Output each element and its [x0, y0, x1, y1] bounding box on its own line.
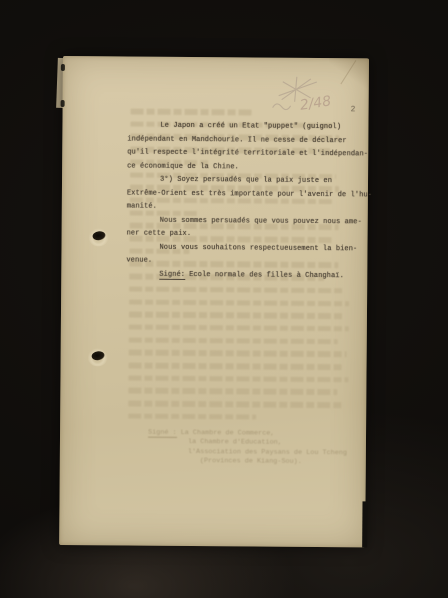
bleedthrough-line [129, 299, 349, 306]
typed-line: Nous sommes persuadés que vous pouvez no… [160, 216, 362, 227]
document-page: Le Japon a créé un Etat "puppet" (guigno… [59, 56, 369, 547]
punch-hole [89, 228, 109, 246]
signed-text: Ecole normale des filles à Changhaï. [189, 270, 344, 279]
typed-line: indépendant en Mandchourie. Il ne cesse … [127, 135, 346, 146]
bleedthrough-line [131, 109, 252, 115]
bleedthrough-text-layer [63, 56, 369, 58]
photograph-background: Le Japon a créé un Etat "puppet" (guigno… [0, 0, 448, 598]
bleedthrough-line [129, 350, 347, 357]
faint-signature-line: (Provinces de Kiang-Sou). [200, 457, 347, 467]
signed-label: Signé: [159, 270, 185, 280]
bleedthrough-line [129, 261, 338, 268]
typed-line: manité. [127, 203, 157, 212]
bleedthrough-line [129, 312, 345, 319]
pencil-annotation-text: 2/48 [299, 93, 333, 114]
torn-right-edge [362, 501, 367, 547]
bleedthrough-line [128, 401, 344, 408]
bleedthrough-line [128, 375, 348, 382]
left-edge-nick [61, 100, 65, 107]
bleedthrough-line [129, 286, 342, 293]
faint-signature-block: Signé :La Chambre de Commerce, la Chambr… [148, 429, 347, 468]
bleedthrough-line [128, 388, 337, 395]
bleedthrough-line [129, 337, 338, 344]
typewritten-text-block: Le Japon a créé un Etat "puppet" (guigno… [63, 56, 369, 58]
typed-line: venue. [126, 257, 152, 266]
typed-line: qu'il respecte l'intégrité territoriale … [127, 149, 368, 160]
punch-hole [88, 348, 108, 366]
bleedthrough-line [129, 324, 349, 331]
typed-line: ce économique de la Chine. [127, 162, 239, 172]
pencil-annotation: 2/48 [265, 74, 375, 119]
bleedthrough-line [129, 363, 342, 370]
left-edge-nick [61, 64, 65, 71]
typed-line: Nous vous souhaitons respectueusement la… [159, 243, 357, 254]
punch-hole-opening [91, 350, 105, 361]
typed-line: ner cette paix. [127, 230, 192, 240]
punch-hole-opening [92, 230, 106, 241]
bleedthrough-line [128, 413, 256, 420]
typed-line: Le Japon a créé un Etat "puppet" (guigno… [160, 122, 341, 132]
typed-line: Extrême-Orient est très importante pour … [127, 189, 372, 200]
typed-line: 3°) Soyez persuadés que la paix juste en [160, 176, 332, 186]
typed-signature-line: Signé:Ecole normale des filles à Changha… [159, 270, 344, 280]
